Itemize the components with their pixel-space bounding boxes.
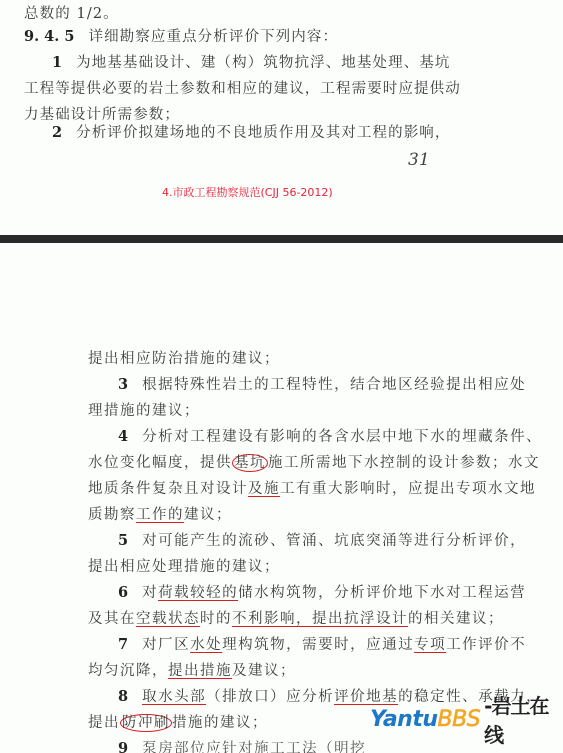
text-span: 水位变化幅度，提供 bbox=[88, 455, 232, 471]
item-text: 分析对工程建设有影响的各含水层中地下水的埋藏条件、 bbox=[142, 429, 542, 445]
text-span: 均匀沉降， bbox=[88, 663, 168, 679]
bottom-page: 提出相应防治措施的建议； 3根据特殊性岩土的工程特性，结合地区经验提出相应处 理… bbox=[0, 243, 563, 753]
text-line: 提出相应防治措施的建议； bbox=[88, 347, 280, 368]
page-divider bbox=[0, 235, 563, 243]
list-item: 8取水头部（排放口）应分析评价地基的稳定性、承载力， bbox=[118, 685, 542, 706]
text-line: 理措施的建议； bbox=[88, 399, 200, 420]
list-item: 1为地基基础设计、建（构）筑物抗浮、地基处理、基坑 bbox=[52, 51, 451, 72]
list-item: 7对厂区水处理构筑物，需要时，应通过专项工作评价不 bbox=[118, 633, 526, 654]
text-span: 的相关建议； bbox=[408, 611, 504, 627]
clause-heading: 9. 4. 5详细勘察应重点分析评价下列内容： bbox=[24, 25, 338, 46]
text-span: 对厂区 bbox=[142, 637, 190, 653]
underline-annotation: 工作的 bbox=[136, 507, 184, 523]
item-text: 分析评价拟建场地的不良地质作用及其对工程的影响， bbox=[76, 125, 450, 141]
item-text: 为地基基础设计、建（构）筑物抗浮、地基处理、基坑 bbox=[76, 55, 450, 71]
underline-annotation: 评价地基 bbox=[334, 689, 398, 705]
circled-annotation: 防冲刷 bbox=[120, 714, 172, 732]
text-span: 措施的建议； bbox=[172, 715, 268, 731]
text-span: 及其在 bbox=[88, 611, 136, 627]
page-number: 31 bbox=[408, 150, 430, 170]
item-text: 根据特殊性岩土的工程特性，结合地区经验提出相应处 bbox=[142, 377, 526, 393]
text-line: 工程等提供必要的岩土参数和相应的建议，工程需要时应提供动 bbox=[24, 77, 461, 98]
item-number: 7 bbox=[118, 636, 128, 653]
item-number: 4 bbox=[118, 428, 128, 445]
underline-annotation: 水处 bbox=[190, 637, 222, 653]
text-span: 理构筑物，需要时，应通过 bbox=[222, 637, 414, 653]
list-item: 9泵房部位应针对施工工法（明挖 bbox=[118, 737, 366, 753]
text-span: 质勘察 bbox=[88, 507, 136, 523]
underline-annotation: 空载状态 bbox=[136, 611, 200, 627]
text-line: 及其在空载状态时的不利影响，提出抗浮设计的相关建议； bbox=[88, 607, 504, 628]
item-text: 对可能产生的流砂、管涌、坑底突涌等进行分析评价， bbox=[142, 533, 526, 549]
underline-annotation: 泵房部位 bbox=[142, 741, 206, 753]
text-line: 提出防冲刷措施的建议； bbox=[88, 711, 268, 732]
site-watermark: YantuBBS-岩土在线 bbox=[370, 705, 563, 733]
clause-title: 详细勘察应重点分析评价下列内容： bbox=[88, 29, 338, 45]
clause-number: 9. 4. 5 bbox=[24, 28, 74, 45]
item-number: 5 bbox=[118, 532, 128, 549]
text-span: 对 bbox=[142, 585, 158, 601]
watermark-bbs: BBS bbox=[438, 707, 481, 732]
text-line: 地质条件复杂且对设计及施工有重大影响时，应提出专项水文地 bbox=[88, 477, 536, 498]
text-span: 工有重大影响时，应提出专项水文地 bbox=[280, 481, 536, 497]
underline-annotation: 较轻的 bbox=[190, 585, 238, 601]
underline-annotation: 提出措施 bbox=[168, 663, 232, 679]
text-span: （排放口）应分析 bbox=[206, 689, 334, 705]
underline-annotation: 不利影响，提出抗浮设计 bbox=[232, 611, 408, 627]
text-line: 水位变化幅度，提供基坑施工所需地下水控制的设计参数；水文 bbox=[88, 451, 540, 472]
item-number: 2 bbox=[52, 124, 62, 141]
text-span: 储水构筑物，分析评价地下水对工程运营 bbox=[238, 585, 526, 601]
text-span: 时的 bbox=[200, 611, 232, 627]
text-line: 均匀沉降，提出措施及建议； bbox=[88, 659, 296, 680]
source-caption: 4.市政工程勘察规范(CJJ 56-2012) bbox=[162, 184, 333, 200]
list-item: 2分析评价拟建场地的不良地质作用及其对工程的影响， bbox=[52, 121, 451, 142]
text-span: 及建议； bbox=[232, 663, 296, 679]
top-page: 总数的 1/2。 9. 4. 5详细勘察应重点分析评价下列内容： 1为地基基础设… bbox=[0, 0, 563, 235]
text-line: 质勘察工作的建议； bbox=[88, 503, 232, 524]
item-number: 6 bbox=[118, 584, 128, 601]
text-span: 工作评价不 bbox=[446, 637, 526, 653]
item-number: 1 bbox=[52, 54, 62, 71]
underline-annotation: 荷载 bbox=[158, 585, 190, 601]
item-number: 8 bbox=[118, 688, 128, 705]
underline-annotation: 及施 bbox=[248, 481, 280, 497]
list-item: 4分析对工程建设有影响的各含水层中地下水的埋藏条件、 bbox=[118, 425, 542, 446]
text-span: 施工所需地下水控制的设计参数；水文 bbox=[268, 455, 540, 471]
text-span: 建议； bbox=[184, 507, 232, 523]
text-line: 提出相应处理措施的建议； bbox=[88, 555, 280, 576]
circled-annotation: 基坑 bbox=[232, 454, 268, 472]
underline-annotation: 专项 bbox=[414, 637, 446, 653]
underline-annotation: 取水头部 bbox=[142, 689, 206, 705]
list-item: 3根据特殊性岩土的工程特性，结合地区经验提出相应处 bbox=[118, 373, 526, 394]
text-span: 地质条件复杂且对设计 bbox=[88, 481, 248, 497]
text-line: 总数的 1/2。 bbox=[24, 2, 119, 23]
underline-annotation: 应针对施工工法（明挖 bbox=[206, 741, 366, 753]
text-span: 提出 bbox=[88, 715, 120, 731]
watermark-cn: -岩土在线 bbox=[484, 690, 563, 748]
watermark-yantu: Yantu bbox=[370, 707, 438, 732]
list-item: 5对可能产生的流砂、管涌、坑底突涌等进行分析评价， bbox=[118, 529, 526, 550]
list-item: 6对荷载较轻的储水构筑物，分析评价地下水对工程运营 bbox=[118, 581, 526, 602]
item-number: 9 bbox=[118, 740, 128, 753]
item-number: 3 bbox=[118, 376, 128, 393]
